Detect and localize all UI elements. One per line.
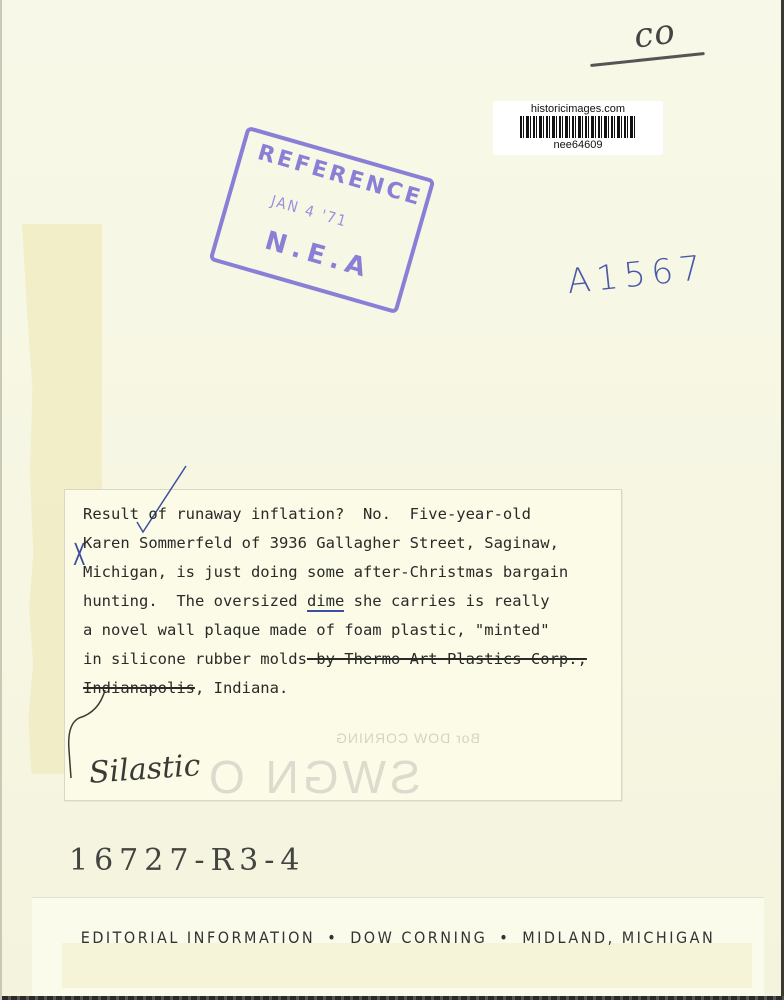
caption-line-4-suffix: she carries is really [344,592,549,610]
footer-company: DOW CORNING [350,928,487,947]
stamp-organization: N.E.A [247,222,390,289]
caption-slip: Bor DOW CORNING SWGN O X Result of runaw… [64,489,622,801]
caption-line-5: a novel wall plaque made of foam plastic… [83,616,613,645]
struck-text-indianapolis: Indianapolis [83,679,195,697]
show-through-text-large: SWGN O [205,750,421,804]
struck-text-thermo-art: by Thermo Art Plastics Corp., [307,650,587,668]
footer-editorial-info: EDITORIAL INFORMATION [81,928,315,947]
scan-bottom-edge [2,996,784,1000]
underlined-word-dime: dime [307,592,344,612]
handwritten-co-annotation: co [631,11,678,56]
footer-location: MIDLAND, MICHIGAN [522,928,715,947]
barcode-label: historicimages.com nee64609 [493,101,663,155]
footer-separator-dot-icon: • [327,928,338,947]
caption-line-6-kept: in silicone rubber molds [83,650,307,668]
footer-band: EDITORIAL INFORMATION•DOW CORNING•MIDLAN… [32,897,764,997]
barcode-icon [520,116,636,138]
stamp-date: JAN 4 '71 [269,192,350,231]
caption-line-3: Michigan, is just doing some after-Chris… [83,558,613,587]
handwritten-silastic-annotation: Silastic [88,748,202,791]
handwritten-reference-number: A1567 [565,248,708,302]
negative-number: 16727-R3-4 [69,843,305,878]
show-through-text-small: Bor DOW CORNING [335,730,480,746]
reference-stamp: REFERENCE JAN 4 '71 N.E.A [209,126,436,315]
footer-separator-dot-icon: • [499,928,510,947]
footer-text: EDITORIAL INFORMATION•DOW CORNING•MIDLAN… [32,928,764,947]
caption-line-4: hunting. The oversized dime she carries … [83,587,613,616]
footer-tint [62,943,752,988]
barcode-id-text: nee64609 [554,139,603,151]
caption-line-6: in silicone rubber molds by Thermo Art P… [83,645,613,674]
caption-line-4-prefix: hunting. The oversized [83,592,307,610]
barcode-site-text: historicimages.com [531,103,625,115]
caption-line-7: Indianapolis, Indiana. [83,674,613,703]
caption-line-7-kept: , Indiana. [195,679,288,697]
caption-line-1: Result of runaway inflation? No. Five-ye… [83,500,613,529]
caption-line-2: Karen Sommerfeld of 3936 Gallagher Stree… [83,529,613,558]
caption-text: Result of runaway inflation? No. Five-ye… [83,500,613,703]
photo-back-page: co historicimages.com nee64609 REFERENCE… [0,0,784,1000]
